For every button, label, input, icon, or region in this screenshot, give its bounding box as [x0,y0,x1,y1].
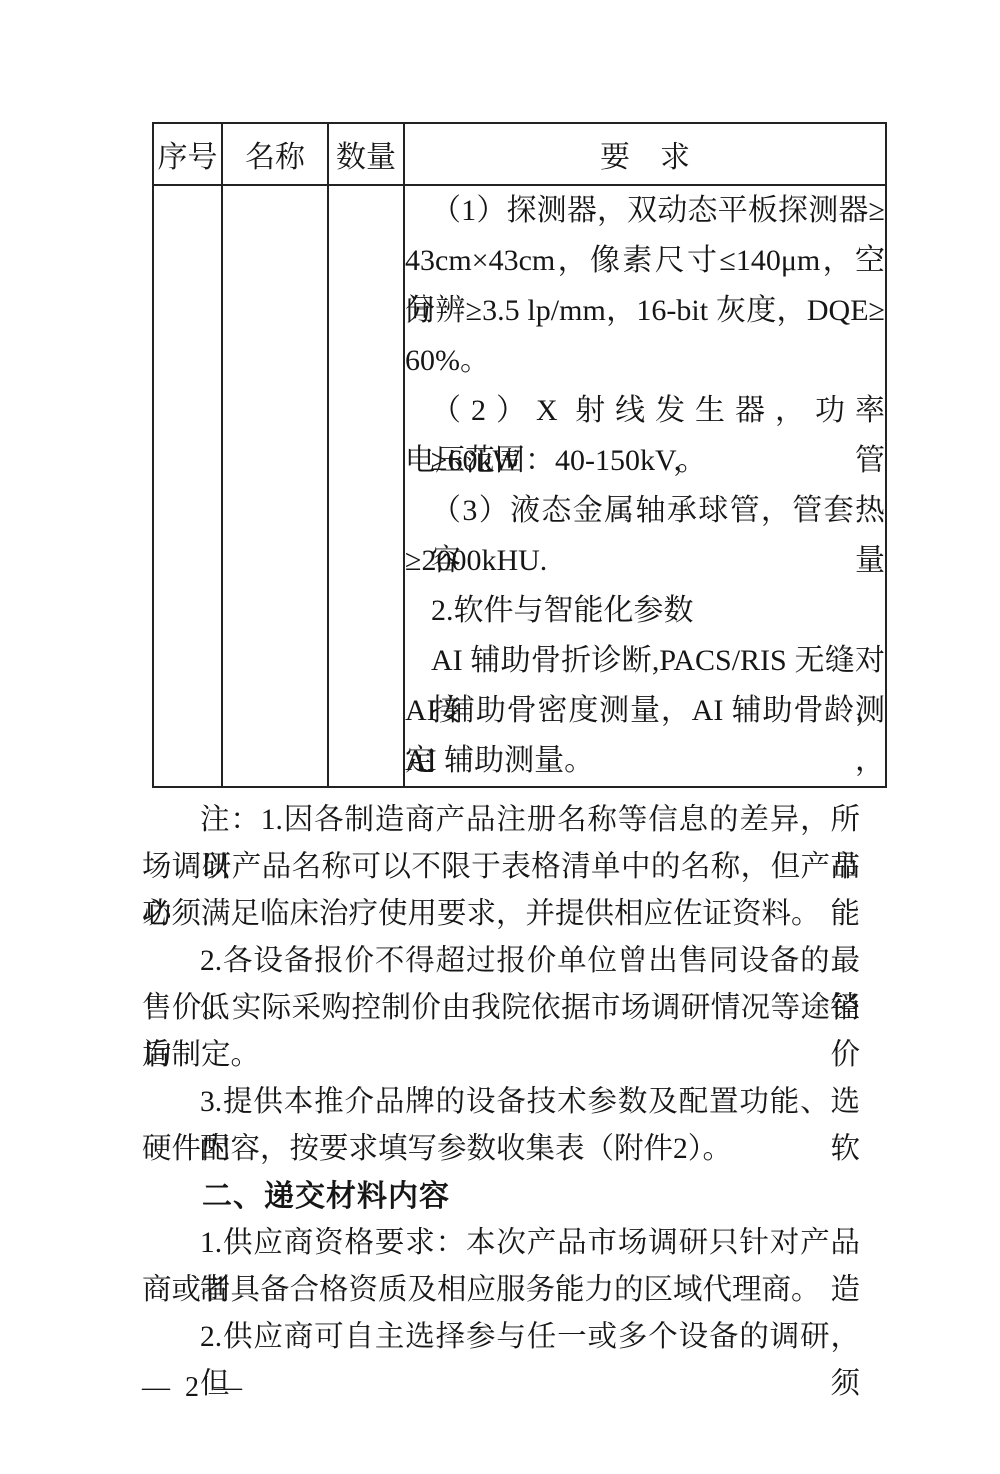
header-qty: 数量 [328,123,404,185]
cell-qty [328,185,404,787]
note-line: 2.各设备报价不得超过报价单位曾出售同设备的最低销 [142,938,860,985]
requirement-line: 2.软件与智能化参数 [405,586,885,636]
body-text: 注：1.因各制造商产品注册名称等信息的差异，所以市 场调研产品名称可以不限于表格… [142,797,860,1361]
header-seq: 序号 [153,123,222,185]
requirement-line: 43cm×43cm，像素尺寸≤140μm，空间 [405,236,885,286]
spec-table: 序号 名称 数量 要 求 （1）探测器，双动态平板探测器≥ 43cm×43cm，… [152,122,887,788]
requirement-line: 60%。 [405,336,885,386]
spec-table-row: （1）探测器，双动态平板探测器≥ 43cm×43cm，像素尺寸≤140μm，空间… [153,185,886,787]
requirement-line: （3）液态金属轴承球管，管套热容量 [405,486,885,536]
note-line: 售价。实际采购控制价由我院依据市场调研情况等途径询价 [142,985,860,1032]
requirement-line: （1）探测器，双动态平板探测器≥ [405,186,885,236]
requirement-line: 分辨≥3.5 lp/mm，16-bit 灰度，DQE≥ [405,286,885,336]
section-heading: 二、递交材料内容 [142,1173,860,1220]
note-line: 注：1.因各制造商产品注册名称等信息的差异，所以市 [142,797,860,844]
header-requirements: 要 求 [404,123,886,185]
note-line: 3.提供本推介品牌的设备技术参数及配置功能、选配软 [142,1079,860,1126]
requirement-line: AI 辅助骨折诊断,PACS/RIS 无缝对接， [405,636,885,686]
section-line: 1.供应商资格要求：本次产品市场调研只针对产品制造 [142,1220,860,1267]
note-line: 场调研产品名称可以不限于表格清单中的名称，但产品功能 [142,844,860,891]
requirement-line: （2）X 射线发生器，功率≥60kW，管 [405,386,885,436]
requirement-line: AI 辅助骨密度测量，AI 辅助骨龄测定， [405,686,885,736]
section-line: 2.供应商可自主选择参与任一或多个设备的调研，但须 [142,1314,860,1361]
section-line: 商或者具备合格资质及相应服务能力的区域代理商。 [142,1267,860,1314]
spec-table-header-row: 序号 名称 数量 要 求 [153,123,886,185]
note-line: 必须满足临床治疗使用要求，并提供相应佐证资料。 [142,891,860,938]
header-name: 名称 [222,123,328,185]
page-number: — 2 — [142,1372,246,1404]
document-page: 序号 名称 数量 要 求 （1）探测器，双动态平板探测器≥ 43cm×43cm，… [0,0,1000,1474]
cell-seq [153,185,222,787]
cell-requirements: （1）探测器，双动态平板探测器≥ 43cm×43cm，像素尺寸≤140μm，空间… [404,185,886,787]
cell-name [222,185,328,787]
